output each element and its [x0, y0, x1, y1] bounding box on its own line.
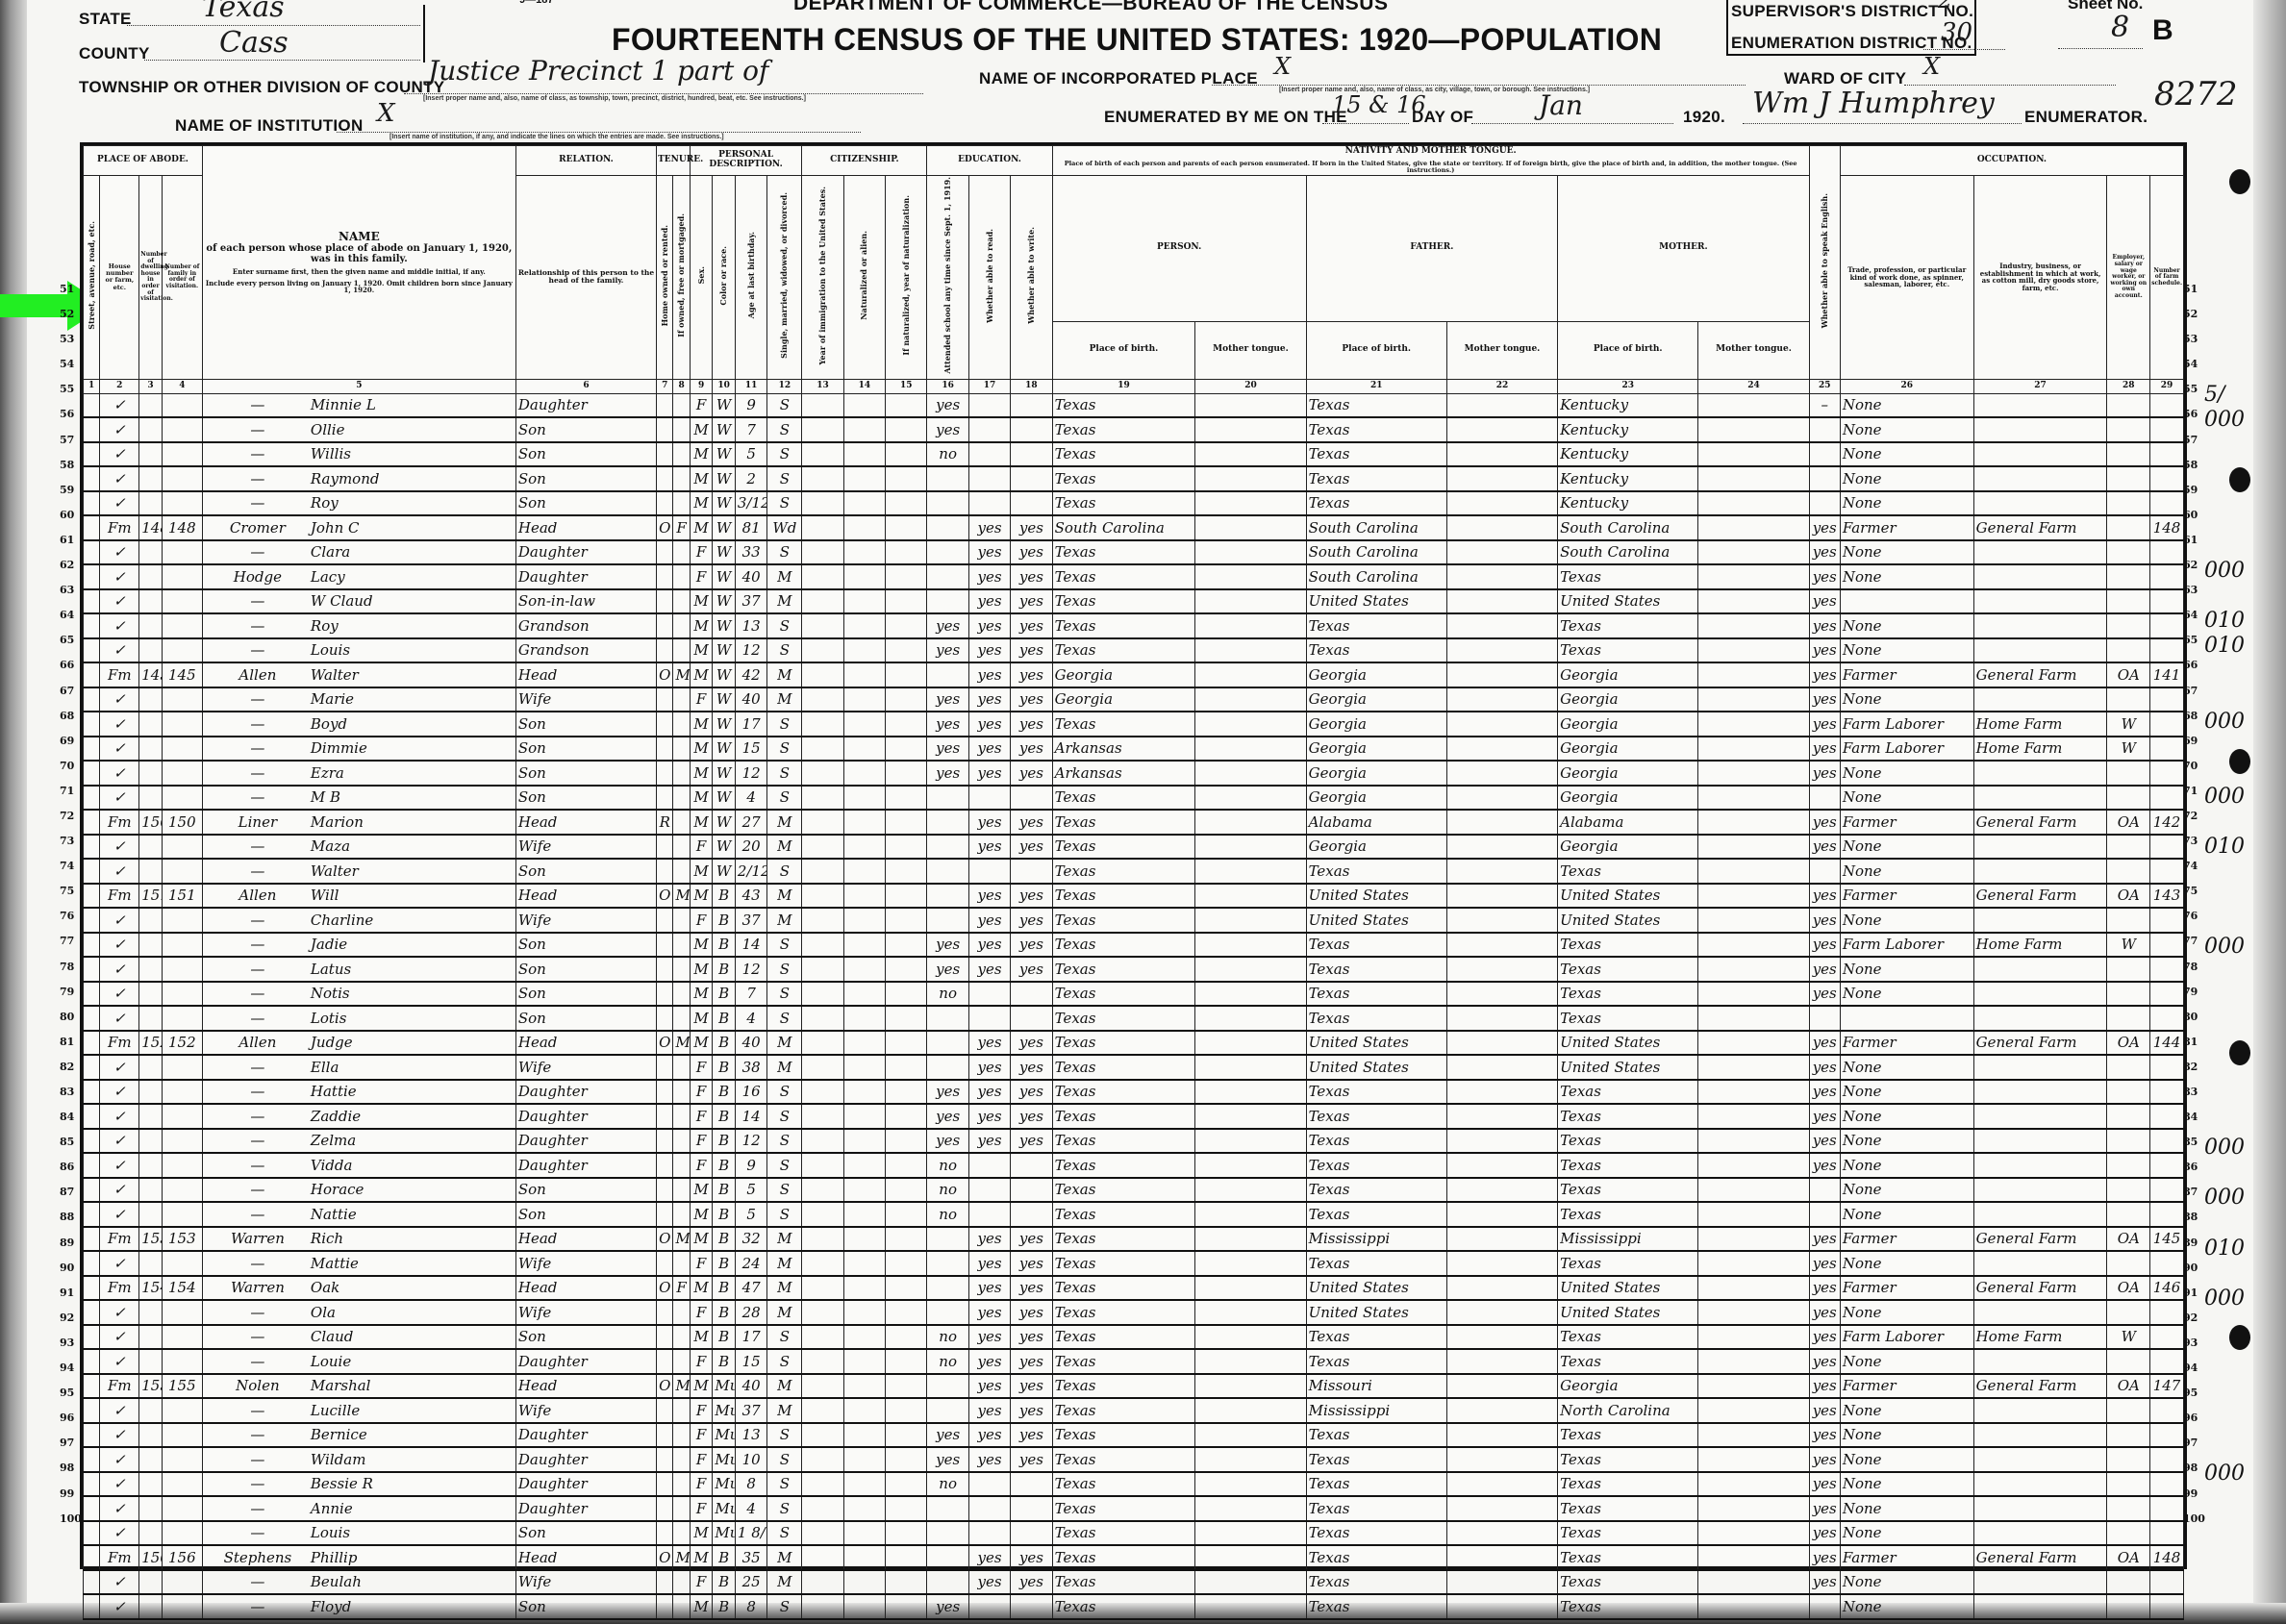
cell-age: 4 — [735, 1496, 766, 1521]
cell-read: yes — [968, 933, 1010, 958]
cell-person-mt — [1195, 1325, 1306, 1350]
table-row: ✓—BerniceDaughterFMu13SyesyesyesTexasTex… — [84, 1423, 2184, 1448]
cell-immigration — [802, 1055, 843, 1080]
cell-name: —Bernice — [202, 1423, 515, 1448]
cell-write: yes — [1011, 613, 1052, 638]
cell-relation: Son — [515, 466, 656, 491]
cell-given-name: Zelma — [311, 1132, 356, 1149]
cell-farm-schedule — [2150, 1202, 2184, 1227]
cell-father-pob: Texas — [1306, 1080, 1446, 1105]
cell-naturalization-year — [886, 1545, 927, 1570]
line-number: 97 — [2183, 1437, 2204, 1462]
cell-person-mt — [1195, 933, 1306, 958]
cell-industry — [1973, 1398, 2107, 1423]
cell-industry — [1973, 1447, 2107, 1472]
cell-given-name: Raymond — [311, 470, 380, 487]
cell-write: yes — [1011, 515, 1052, 540]
line-number: 74 — [2183, 860, 2204, 885]
cell-surname: — — [205, 1010, 311, 1027]
cell-person-pob: Texas — [1052, 1398, 1195, 1423]
cell-relation: Son — [515, 1006, 656, 1031]
cell-marital: S — [767, 1472, 802, 1497]
cell-relation: Daughter — [515, 1349, 656, 1374]
cell-immigration — [802, 810, 843, 835]
cell-age: 37 — [735, 1398, 766, 1423]
col-name-note2: Include every person living on January 1… — [204, 280, 515, 294]
cell-family — [162, 786, 202, 811]
cell-father-pob: South Carolina — [1306, 515, 1446, 540]
cell-sex: M — [690, 982, 713, 1007]
cell-street — [84, 1545, 100, 1570]
cell-relation: Grandson — [515, 638, 656, 663]
cell-name: —Jadie — [202, 933, 515, 958]
cell-write — [1011, 466, 1052, 491]
cell-person-pob: Texas — [1052, 589, 1195, 614]
cell-abode: ✓ — [100, 1104, 139, 1129]
cell-occupation: None — [1840, 417, 1973, 442]
cell-person-mt — [1195, 737, 1306, 762]
cell-school — [927, 466, 968, 491]
cell-school — [927, 908, 968, 933]
cell-immigration — [802, 515, 843, 540]
cell-relation: Daughter — [515, 1496, 656, 1521]
cell-dwelling: 145 — [139, 662, 163, 687]
column-number: 10 — [713, 379, 736, 393]
cell-dwelling: 150 — [139, 810, 163, 835]
cell-sex: M — [690, 933, 713, 958]
enumerated-month: Jan — [1539, 89, 1583, 121]
cell-mother-pob: Texas — [1558, 1251, 1698, 1276]
cell-farm-schedule — [2150, 1472, 2184, 1497]
cell-mother-mt — [1698, 1129, 1809, 1154]
cell-name: —Wildam — [202, 1447, 515, 1472]
cell-surname: — — [205, 1451, 311, 1468]
cell-speak-english: yes — [1809, 1349, 1840, 1374]
cell-person-mt — [1195, 1055, 1306, 1080]
cell-industry: General Farm — [1973, 515, 2107, 540]
cell-abode: ✓ — [100, 1006, 139, 1031]
cell-father-mt — [1446, 613, 1557, 638]
table-row: ✓—ZelmaDaughterFB12SyesyesyesTexasTexasT… — [84, 1129, 2184, 1154]
cell-farm-schedule — [2150, 1349, 2184, 1374]
line-number: 60 — [60, 509, 79, 534]
cell-name: —Raymond — [202, 466, 515, 491]
cell-family — [162, 1178, 202, 1203]
cell-father-mt — [1446, 737, 1557, 762]
cell-given-name: Will — [311, 887, 339, 904]
line-number: 90 — [60, 1262, 79, 1287]
cell-age: 28 — [735, 1300, 766, 1325]
cell-school — [927, 1374, 968, 1399]
margin-code — [2204, 358, 2262, 383]
cell-father-mt — [1446, 1227, 1557, 1252]
col-write: Whether able to write. — [1011, 176, 1052, 380]
cell-owned: O — [657, 1227, 673, 1252]
cell-family — [162, 835, 202, 860]
cell-owned — [657, 687, 673, 712]
cell-given-name: Louie — [311, 1353, 351, 1370]
cell-race: B — [713, 1570, 736, 1595]
cell-speak-english: yes — [1809, 1398, 1840, 1423]
cell-farm-schedule: 142 — [2150, 810, 2184, 835]
cell-mother-pob: Texas — [1558, 1570, 1698, 1595]
cell-given-name: Latus — [311, 961, 351, 978]
cell-age: 16 — [735, 1080, 766, 1105]
cell-father-pob: Texas — [1306, 1325, 1446, 1350]
cell-farm-schedule — [2150, 1570, 2184, 1595]
cell-owned: O — [657, 662, 673, 687]
table-row: ✓—BoydSonMW17SyesyesyesTexasGeorgiaGeorg… — [84, 712, 2184, 737]
cell-school: no — [927, 1472, 968, 1497]
cell-speak-english: yes — [1809, 1374, 1840, 1399]
cell-age: 1 8/12 — [735, 1521, 766, 1546]
cell-owned: O — [657, 1545, 673, 1570]
cell-relation: Son — [515, 491, 656, 516]
cell-mother-pob: Texas — [1558, 982, 1698, 1007]
cell-father-mt — [1446, 1104, 1557, 1129]
cell-abode: ✓ — [100, 1398, 139, 1423]
cell-industry — [1973, 761, 2107, 786]
cell-mother-pob: Texas — [1558, 1202, 1698, 1227]
cell-mother-mt — [1698, 1055, 1809, 1080]
table-row: ✓—LucilleWifeFMu37MyesyesTexasMississipp… — [84, 1398, 2184, 1423]
margin-code — [2204, 534, 2262, 559]
cell-marital: S — [767, 1104, 802, 1129]
cell-given-name: Minnie L — [311, 396, 376, 413]
cell-speak-english: yes — [1809, 982, 1840, 1007]
cell-naturalization-year — [886, 393, 927, 417]
cell-marital: S — [767, 1006, 802, 1031]
cell-dwelling — [139, 1447, 163, 1472]
cell-age: 2 — [735, 466, 766, 491]
line-number: 98 — [60, 1462, 79, 1487]
cell-occupation: None — [1840, 1521, 1973, 1546]
cell-write — [1011, 1496, 1052, 1521]
line-number: 51 — [2183, 283, 2204, 308]
cell-occupation: None — [1840, 982, 1973, 1007]
cell-mother-mt — [1698, 1521, 1809, 1546]
cell-immigration — [802, 1594, 843, 1619]
cell-given-name: Lacy — [311, 568, 345, 586]
cell-sex: F — [690, 1423, 713, 1448]
margin-code: 000 — [2204, 1462, 2262, 1487]
cell-mother-mt — [1698, 908, 1809, 933]
cell-immigration — [802, 1153, 843, 1178]
cell-dwelling — [139, 638, 163, 663]
cell-abode: ✓ — [100, 1300, 139, 1325]
cell-farm-schedule — [2150, 1496, 2184, 1521]
cell-race: B — [713, 1153, 736, 1178]
cell-surname: Hodge — [205, 568, 311, 586]
cell-mother-mt — [1698, 1398, 1809, 1423]
cell-farm-schedule: 141 — [2150, 662, 2184, 687]
cell-immigration — [802, 712, 843, 737]
cell-surname: — — [205, 641, 311, 659]
cell-industry — [1973, 1594, 2107, 1619]
cell-given-name: M B — [311, 788, 340, 806]
cell-age: 2/12 — [735, 859, 766, 884]
cell-race: W — [713, 859, 736, 884]
line-number: 92 — [2183, 1312, 2204, 1337]
cell-person-pob: Texas — [1052, 1349, 1195, 1374]
cell-street — [84, 1276, 100, 1301]
cell-name: —Nattie — [202, 1202, 515, 1227]
cell-mother-pob: United States — [1558, 1031, 1698, 1056]
column-number: 11 — [735, 379, 766, 393]
cell-surname: — — [205, 1598, 311, 1615]
cell-industry — [1973, 1178, 2107, 1203]
cell-mother-mt — [1698, 540, 1809, 565]
line-number: 81 — [2183, 1036, 2204, 1061]
county-line — [144, 60, 420, 61]
cell-name: —Bessie R — [202, 1472, 515, 1497]
cell-immigration — [802, 1080, 843, 1105]
cell-school — [927, 1006, 968, 1031]
cell-relation: Wife — [515, 1300, 656, 1325]
col-group-place-of-abode: PLACE OF ABODE. — [84, 146, 203, 176]
cell-name: —Hattie — [202, 1080, 515, 1105]
cell-write — [1011, 1594, 1052, 1619]
cell-relation: Son — [515, 933, 656, 958]
cell-owned: O — [657, 1276, 673, 1301]
cell-industry — [1973, 540, 2107, 565]
cell-school — [927, 589, 968, 614]
cell-race: W — [713, 687, 736, 712]
cell-naturalization-year — [886, 564, 927, 589]
line-number: 93 — [60, 1337, 79, 1362]
cell-father-mt — [1446, 393, 1557, 417]
cell-mortgaged — [673, 1251, 690, 1276]
cell-father-pob: Texas — [1306, 1251, 1446, 1276]
cell-read: yes — [968, 957, 1010, 982]
margin-code — [2204, 910, 2262, 935]
cell-occupation: None — [1840, 1349, 1973, 1374]
cell-naturalized — [843, 638, 885, 663]
cell-speak-english: yes — [1809, 1423, 1840, 1448]
cell-family — [162, 1153, 202, 1178]
cell-given-name: Louis — [311, 1524, 350, 1541]
cell-marital: S — [767, 1129, 802, 1154]
cell-mortgaged — [673, 1080, 690, 1105]
cell-name: —Charline — [202, 908, 515, 933]
cell-given-name: Boyd — [311, 715, 347, 733]
cell-family — [162, 1300, 202, 1325]
cell-father-pob: Texas — [1306, 1496, 1446, 1521]
enumerator-label: Enumerator. — [2024, 108, 2148, 127]
cell-industry — [1973, 1423, 2107, 1448]
cell-industry — [1973, 466, 2107, 491]
col-mother-mt: Mother tongue. — [1698, 321, 1809, 379]
cell-abode: Fm — [100, 1545, 139, 1570]
cell-relation: Daughter — [515, 393, 656, 417]
cell-father-pob: Texas — [1306, 1447, 1446, 1472]
cell-person-pob: Texas — [1052, 835, 1195, 860]
cell-sex: M — [690, 1374, 713, 1399]
cell-speak-english: yes — [1809, 662, 1840, 687]
cell-farm-schedule — [2150, 835, 2184, 860]
cell-employer: OA — [2107, 1374, 2150, 1399]
cell-mother-pob: Texas — [1558, 613, 1698, 638]
col-name-title: NAME — [204, 231, 515, 243]
cell-father-pob: Georgia — [1306, 737, 1446, 762]
cell-read: yes — [968, 1129, 1010, 1154]
line-number: 81 — [60, 1036, 79, 1061]
cell-speak-english: yes — [1809, 712, 1840, 737]
cell-industry — [1973, 1521, 2107, 1546]
cell-mother-mt — [1698, 1006, 1809, 1031]
cell-person-pob: Texas — [1052, 1545, 1195, 1570]
cell-speak-english: yes — [1809, 1545, 1840, 1570]
cell-occupation: None — [1840, 1104, 1973, 1129]
institution-value: X — [377, 99, 395, 128]
cell-given-name: Wildam — [311, 1451, 366, 1468]
cell-surname: — — [205, 1353, 311, 1370]
cell-surname: — — [205, 470, 311, 487]
line-number: 96 — [60, 1412, 79, 1437]
cell-street — [84, 1031, 100, 1056]
cell-street — [84, 908, 100, 933]
cell-father-pob: Texas — [1306, 859, 1446, 884]
cell-name: AllenWalter — [202, 662, 515, 687]
cell-farm-schedule: 143 — [2150, 884, 2184, 909]
line-number: 63 — [2183, 584, 2204, 609]
cell-mortgaged — [673, 1300, 690, 1325]
line-number: 60 — [2183, 509, 2204, 534]
cell-person-pob: Texas — [1052, 884, 1195, 909]
cell-mother-mt — [1698, 933, 1809, 958]
line-number: 82 — [60, 1061, 79, 1086]
line-number: 59 — [2183, 484, 2204, 509]
cell-read: yes — [968, 1251, 1010, 1276]
cell-occupation: None — [1840, 1080, 1973, 1105]
cell-employer: OA — [2107, 1227, 2150, 1252]
cell-speak-english — [1809, 1594, 1840, 1619]
cell-name: —Minnie L — [202, 393, 515, 417]
sheet-side: B — [2152, 14, 2173, 47]
cell-mother-pob: Texas — [1558, 1178, 1698, 1203]
cell-owned — [657, 417, 673, 442]
line-number: 100 — [2183, 1512, 2204, 1537]
cell-mother-mt — [1698, 613, 1809, 638]
line-number: 72 — [2183, 810, 2204, 835]
cell-mortgaged — [673, 1129, 690, 1154]
cell-write: yes — [1011, 1570, 1052, 1595]
cell-farm-schedule — [2150, 1104, 2184, 1129]
cell-given-name: Judge — [311, 1034, 353, 1051]
cell-read: yes — [968, 589, 1010, 614]
cell-industry — [1973, 613, 2107, 638]
cell-dwelling: 151 — [139, 884, 163, 909]
cell-industry — [1973, 442, 2107, 467]
cell-abode: ✓ — [100, 1496, 139, 1521]
cell-speak-english: yes — [1809, 810, 1840, 835]
cell-read — [968, 491, 1010, 516]
margin-code — [2204, 1437, 2262, 1462]
cell-farm-schedule — [2150, 712, 2184, 737]
county-value: Cass — [219, 26, 289, 60]
cell-school: yes — [927, 638, 968, 663]
cell-read — [968, 1178, 1010, 1203]
margin-code — [2204, 860, 2262, 885]
line-number: 99 — [2183, 1487, 2204, 1512]
cell-race: W — [713, 810, 736, 835]
cell-mother-pob: Kentucky — [1558, 491, 1698, 516]
cell-industry — [1973, 908, 2107, 933]
enumerated-label: Enumerated by me on the — [1104, 108, 1347, 127]
cell-occupation — [1840, 589, 1973, 614]
cell-naturalization-year — [886, 957, 927, 982]
cell-employer: OA — [2107, 810, 2150, 835]
col-group-tenure: TENURE. — [657, 146, 691, 176]
cell-father-mt — [1446, 810, 1557, 835]
table-row: ✓—WalterSonMW2/12STexasTexasTexasNone — [84, 859, 2184, 884]
cell-person-mt — [1195, 884, 1306, 909]
cell-owned — [657, 859, 673, 884]
cell-given-name: Marie — [311, 690, 354, 708]
cell-relation: Son — [515, 1202, 656, 1227]
cell-immigration — [802, 1521, 843, 1546]
cell-naturalization-year — [886, 589, 927, 614]
cell-naturalized — [843, 564, 885, 589]
cell-employer — [2107, 638, 2150, 663]
cell-person-mt — [1195, 1570, 1306, 1595]
cell-abode: ✓ — [100, 638, 139, 663]
cell-immigration — [802, 1006, 843, 1031]
cell-family — [162, 1251, 202, 1276]
cell-farm-schedule — [2150, 417, 2184, 442]
cell-mother-mt — [1698, 1496, 1809, 1521]
cell-farm-schedule — [2150, 786, 2184, 811]
cell-age: 7 — [735, 982, 766, 1007]
enumerator-name: Wm J Humphrey — [1752, 87, 1995, 120]
cell-mother-pob: United States — [1558, 1055, 1698, 1080]
cell-sex: F — [690, 1472, 713, 1497]
margin-code — [2204, 283, 2262, 308]
cell-dwelling — [139, 1129, 163, 1154]
cell-name: —Roy — [202, 491, 515, 516]
cell-race: B — [713, 982, 736, 1007]
cell-occupation: None — [1840, 687, 1973, 712]
cell-dwelling — [139, 589, 163, 614]
cell-race: B — [713, 1325, 736, 1350]
cell-person-mt — [1195, 1447, 1306, 1472]
cell-age: 40 — [735, 564, 766, 589]
cell-read: yes — [968, 1398, 1010, 1423]
cell-write: yes — [1011, 687, 1052, 712]
cell-sex: F — [690, 1496, 713, 1521]
cell-speak-english: yes — [1809, 564, 1840, 589]
cell-street — [84, 1153, 100, 1178]
cell-school: yes — [927, 761, 968, 786]
cell-marital: S — [767, 638, 802, 663]
cell-relation: Son — [515, 859, 656, 884]
cell-naturalized — [843, 786, 885, 811]
cell-naturalization-year — [886, 1080, 927, 1105]
table-row: Fm148148CromerJohn CHeadOFMW81WdyesyesSo… — [84, 515, 2184, 540]
line-number: 57 — [60, 434, 79, 459]
cell-write: yes — [1011, 662, 1052, 687]
cell-father-pob: South Carolina — [1306, 564, 1446, 589]
cell-write: yes — [1011, 1104, 1052, 1129]
cell-mother-mt — [1698, 859, 1809, 884]
cell-read — [968, 786, 1010, 811]
cell-person-mt — [1195, 1276, 1306, 1301]
cell-age: 38 — [735, 1055, 766, 1080]
cell-name: —Lucille — [202, 1398, 515, 1423]
cell-family — [162, 761, 202, 786]
cell-person-pob: Texas — [1052, 1055, 1195, 1080]
line-number: 91 — [2183, 1287, 2204, 1312]
